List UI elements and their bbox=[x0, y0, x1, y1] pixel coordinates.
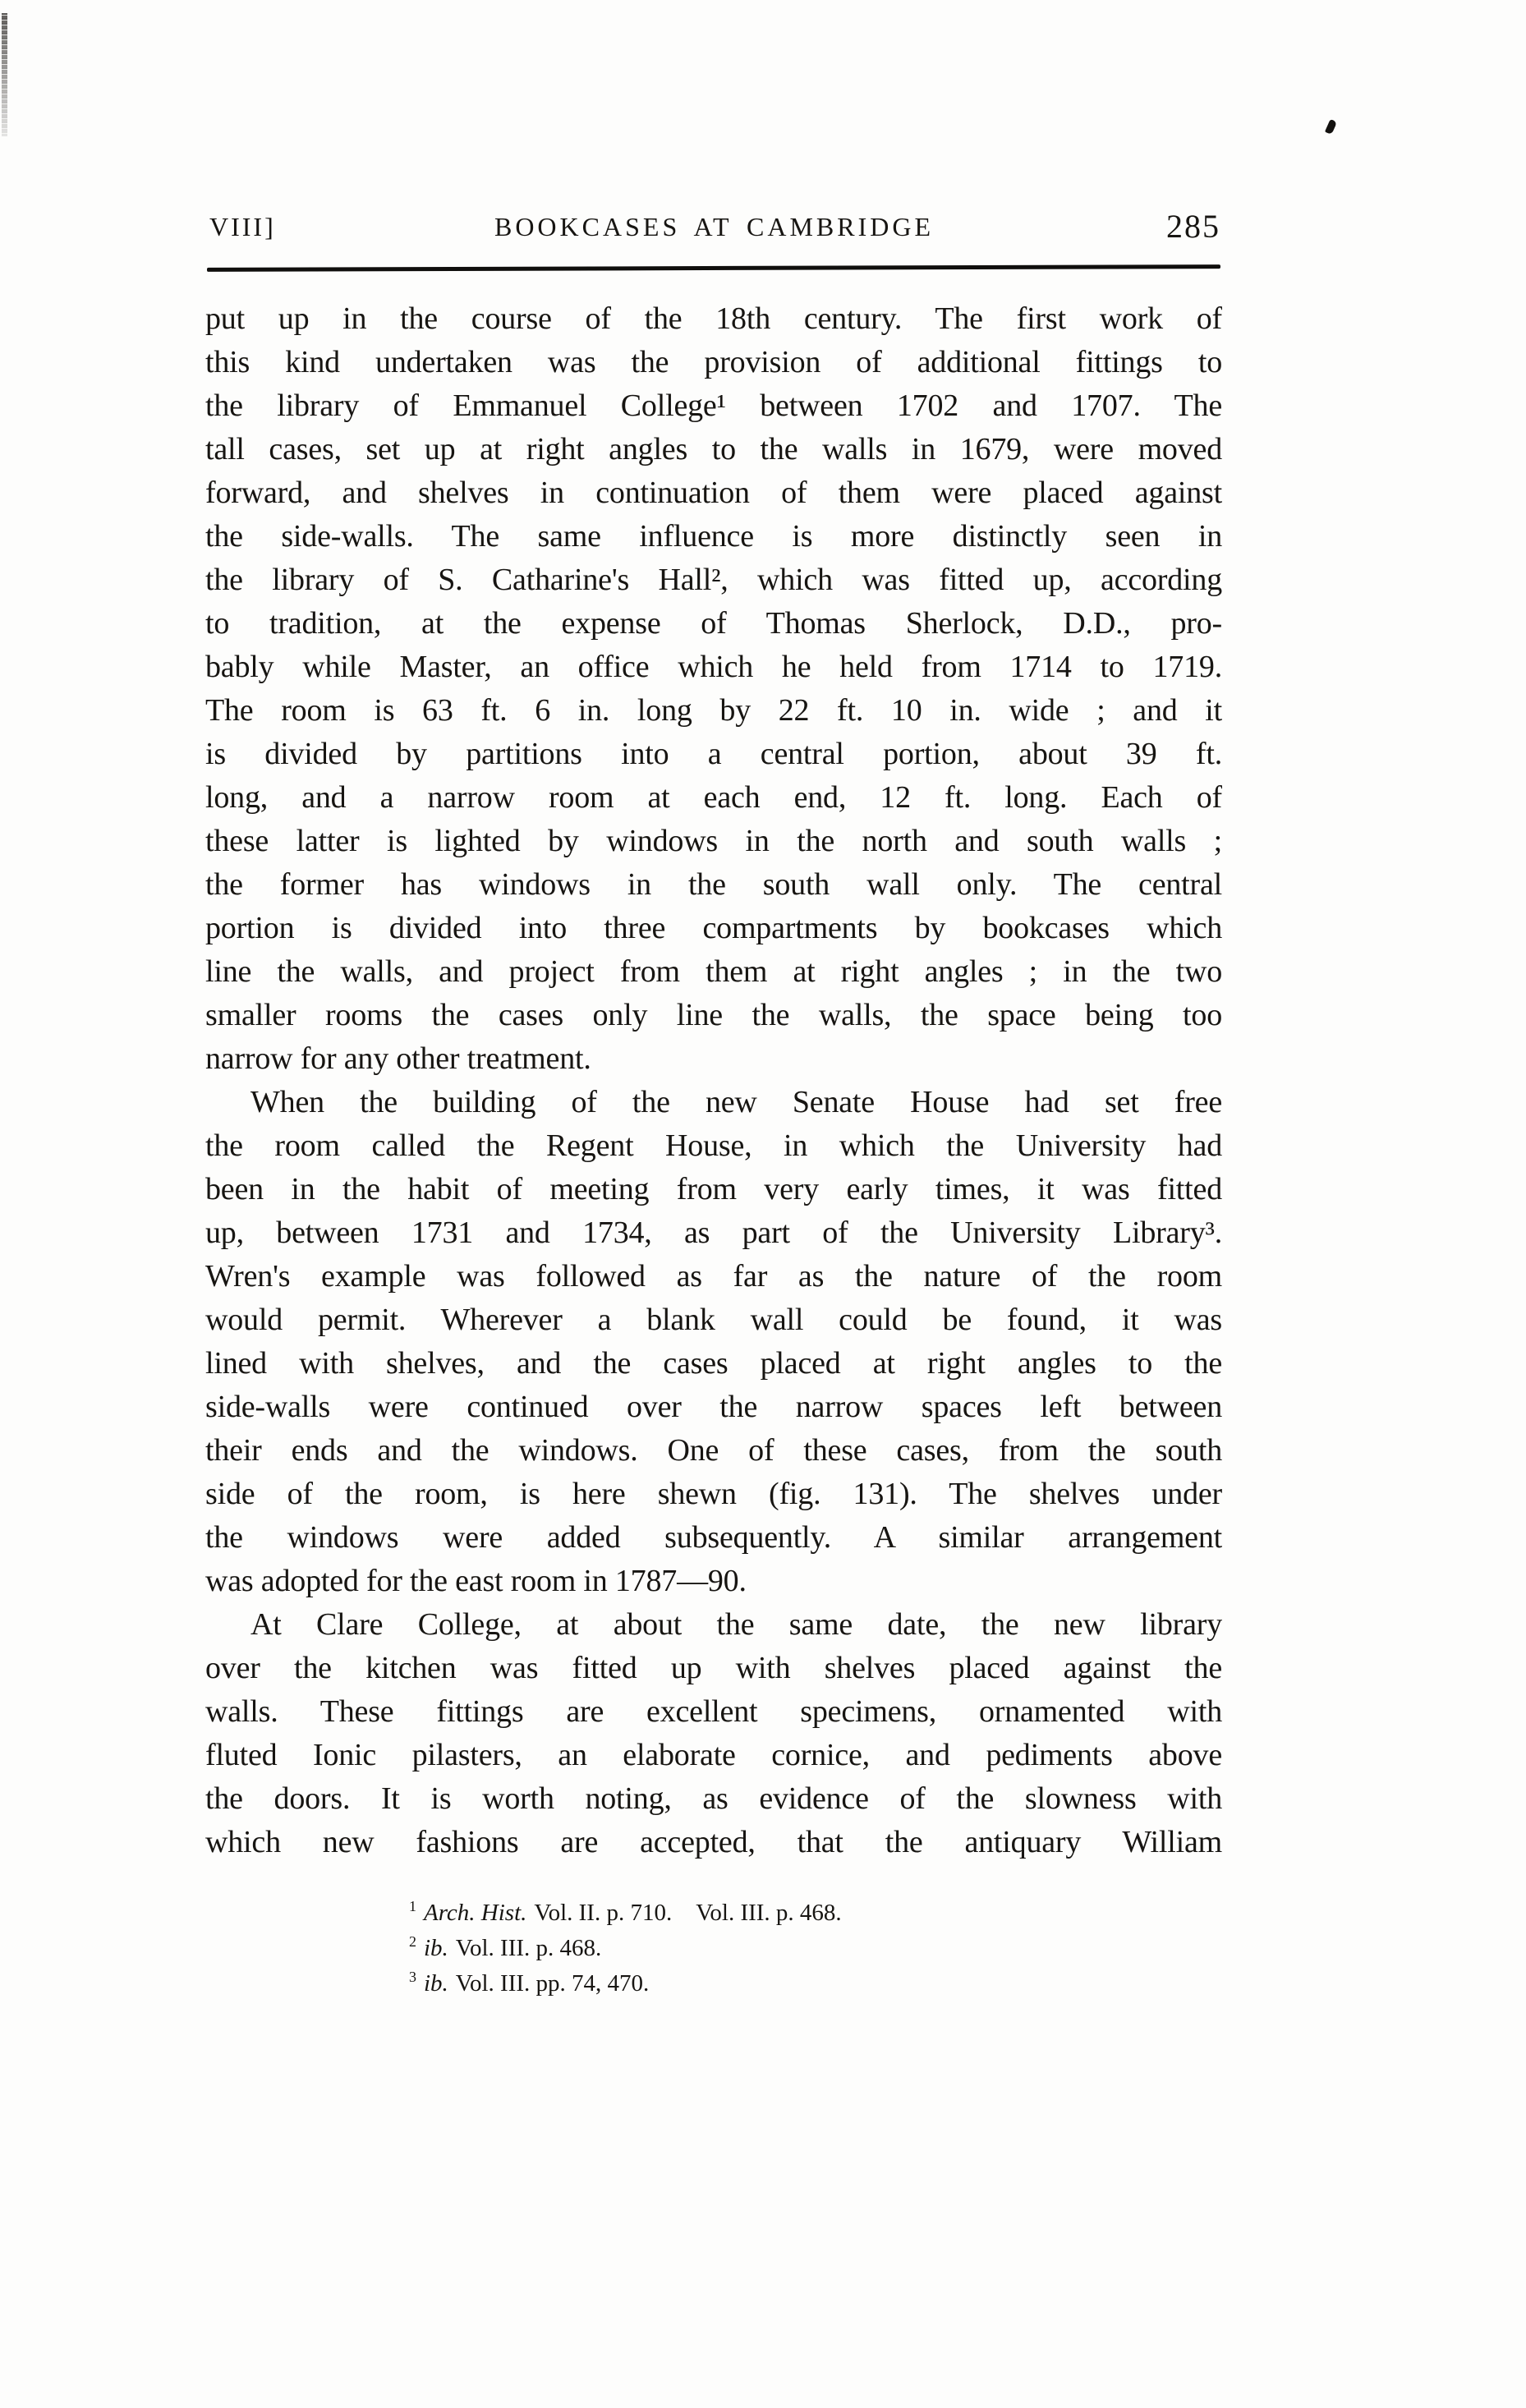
text-line: lined with shelves, and the cases placed… bbox=[205, 1342, 1222, 1386]
text-line: fluted Ionic pilasters, an elaborate cor… bbox=[205, 1734, 1222, 1777]
text-line: their ends and the windows. One of these… bbox=[205, 1429, 1222, 1473]
text-line: narrow for any other treatment. bbox=[205, 1037, 1222, 1081]
footnote-marker: 3 bbox=[409, 1969, 416, 1985]
text-line: this kind undertaken was the provision o… bbox=[205, 341, 1222, 384]
text-line: When the building of the new Senate Hous… bbox=[205, 1081, 1222, 1124]
text-line: long, and a narrow room at each end, 12 … bbox=[205, 776, 1222, 820]
body-text: put up in the course of the 18th century… bbox=[205, 297, 1222, 1864]
footnote-reference: Vol. III. pp. 74, 470. bbox=[456, 1970, 649, 1997]
header-rule bbox=[207, 264, 1220, 272]
text-line: tall cases, set up at right angles to th… bbox=[205, 428, 1222, 471]
text-line: up, between 1731 and 1734, as part of th… bbox=[205, 1211, 1222, 1255]
text-line: would permit. Wherever a blank wall coul… bbox=[205, 1298, 1222, 1342]
text-line: Wren's example was followed as far as th… bbox=[205, 1255, 1222, 1298]
text-line: portion is divided into three compartmen… bbox=[205, 907, 1222, 950]
footnote-source: Arch. Hist. bbox=[424, 1900, 526, 1926]
text-line: The room is 63 ft. 6 in. long by 22 ft. … bbox=[205, 689, 1222, 733]
scan-artifact-edge-streak bbox=[2, 13, 7, 136]
text-line: to tradition, at the expense of Thomas S… bbox=[205, 602, 1222, 646]
text-line: smaller rooms the cases only line the wa… bbox=[205, 994, 1222, 1037]
text-line: At Clare College, at about the same date… bbox=[205, 1603, 1222, 1647]
book-page-scan: VIII] BOOKCASES AT CAMBRIDGE 285 put up … bbox=[0, 0, 1526, 2408]
footnote: 1Arch. Hist.Vol. II. p. 710. Vol. III. p… bbox=[409, 1896, 1148, 1931]
text-line: side-walls were continued over the narro… bbox=[205, 1386, 1222, 1429]
text-line: was adopted for the east room in 1787—90… bbox=[205, 1560, 1222, 1603]
running-title: BOOKCASES AT CAMBRIDGE bbox=[208, 212, 1220, 242]
text-line: the room called the Regent House, in whi… bbox=[205, 1124, 1222, 1168]
footnote: 3ib.Vol. III. pp. 74, 470. bbox=[409, 1966, 1148, 2001]
text-line: which new fashions are accepted, that th… bbox=[205, 1821, 1222, 1864]
footnote-source: ib. bbox=[424, 1970, 448, 1997]
text-line: bably while Master, an office which he h… bbox=[205, 646, 1222, 689]
text-line: these latter is lighted by windows in th… bbox=[205, 820, 1222, 863]
text-line: been in the habit of meeting from very e… bbox=[205, 1168, 1222, 1211]
text-line: line the walls, and project from them at… bbox=[205, 950, 1222, 994]
text-line: forward, and shelves in continuation of … bbox=[205, 471, 1222, 515]
text-line: the library of S. Catharine's Hall², whi… bbox=[205, 558, 1222, 602]
footnote-marker: 2 bbox=[409, 1933, 416, 1950]
text-line: side of the room, is here shewn (fig. 13… bbox=[205, 1473, 1222, 1516]
text-line: the former has windows in the south wall… bbox=[205, 863, 1222, 907]
text-line: the library of Emmanuel College¹ between… bbox=[205, 384, 1222, 428]
text-line: put up in the course of the 18th century… bbox=[205, 297, 1222, 341]
page-number: 285 bbox=[1166, 207, 1220, 246]
page-header: VIII] BOOKCASES AT CAMBRIDGE 285 bbox=[208, 204, 1220, 246]
text-line: the windows were added subsequently. A s… bbox=[205, 1516, 1222, 1560]
footnote-reference: Vol. III. p. 468. bbox=[456, 1935, 601, 1961]
text-line: over the kitchen was fitted up with shel… bbox=[205, 1647, 1222, 1690]
footnotes: 1Arch. Hist.Vol. II. p. 710. Vol. III. p… bbox=[409, 1896, 1148, 2001]
text-line: the side-walls. The same influence is mo… bbox=[205, 515, 1222, 558]
footnote-reference: Vol. II. p. 710. Vol. III. p. 468. bbox=[534, 1900, 841, 1926]
footnote: 2ib.Vol. III. p. 468. bbox=[409, 1931, 1148, 1966]
text-line: walls. These fittings are excellent spec… bbox=[205, 1690, 1222, 1734]
scan-artifact-ink-mark bbox=[1325, 119, 1337, 135]
text-line: the doors. It is worth noting, as eviden… bbox=[205, 1777, 1222, 1821]
text-line: is divided by partitions into a central … bbox=[205, 733, 1222, 776]
footnote-source: ib. bbox=[424, 1935, 448, 1961]
footnote-marker: 1 bbox=[409, 1898, 416, 1914]
